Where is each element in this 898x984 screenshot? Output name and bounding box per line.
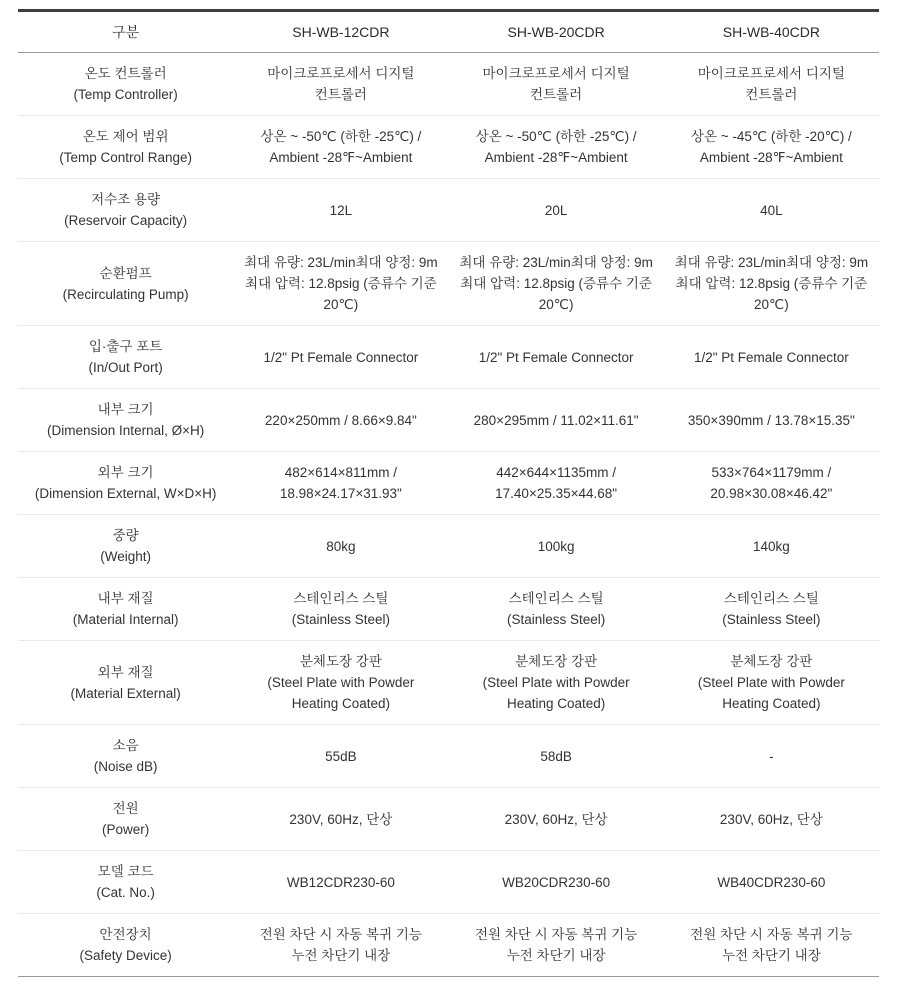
spec-value: 55dB [233,725,448,788]
row-label-english: (Recirculating Pump) [24,284,227,305]
spec-value: 상온 ~ -45℃ (하한 -20℃) / Ambient -28℉~Ambie… [664,116,879,179]
row-label-english: (Material Internal) [24,609,227,630]
spec-value: 전원 차단 시 자동 복귀 기능 누전 차단기 내장 [664,914,879,977]
spec-value: 상온 ~ -50℃ (하한 -25℃) / Ambient -28℉~Ambie… [233,116,448,179]
row-label: 외부 크기(Dimension External, W×D×H) [18,452,233,515]
table-row-cat-no: 모델 코드(Cat. No.)WB12CDR230-60WB20CDR230-6… [18,851,879,914]
row-label-english: (Cat. No.) [24,882,227,903]
spec-value: 분체도장 강판 (Steel Plate with Powder Heating… [664,641,879,725]
row-label-korean: 순환펌프 [24,263,227,284]
spec-value: 20L [449,179,664,242]
row-label: 소음(Noise dB) [18,725,233,788]
spec-value: 58dB [449,725,664,788]
row-label: 순환펌프(Recirculating Pump) [18,242,233,326]
row-label-english: (Dimension External, W×D×H) [24,483,227,504]
row-label-english: (In/Out Port) [24,357,227,378]
table-row-temp-control-range: 온도 제어 범위(Temp Control Range)상온 ~ -50℃ (하… [18,116,879,179]
row-label-english: (Weight) [24,546,227,567]
spec-value: 140kg [664,515,879,578]
spec-value: 최대 유량: 23L/min최대 양정: 9m 최대 압력: 12.8psig … [233,242,448,326]
row-label-korean: 전원 [24,798,227,819]
spec-table: 구분SH-WB-12CDRSH-WB-20CDRSH-WB-40CDR 온도 컨… [18,9,879,977]
spec-value: - [664,725,879,788]
spec-value: 1/2" Pt Female Connector [233,326,448,389]
row-label-korean: 안전장치 [24,924,227,945]
spec-table-body: 온도 컨트롤러(Temp Controller)마이크로프로세서 디지털 컨트롤… [18,53,879,977]
row-label: 전원(Power) [18,788,233,851]
row-label: 온도 제어 범위(Temp Control Range) [18,116,233,179]
row-label-english: (Noise dB) [24,756,227,777]
row-label: 입·출구 포트(In/Out Port) [18,326,233,389]
spec-value: 230V, 60Hz, 단상 [233,788,448,851]
row-label-korean: 입·출구 포트 [24,336,227,357]
table-header-row: 구분SH-WB-12CDRSH-WB-20CDRSH-WB-40CDR [18,11,879,53]
spec-value: 최대 유량: 23L/min최대 양정: 9m 최대 압력: 12.8psig … [664,242,879,326]
column-header-model: SH-WB-12CDR [233,11,448,53]
row-label-korean: 온도 제어 범위 [24,126,227,147]
row-label-korean: 외부 재질 [24,662,227,683]
spec-value: 마이크로프로세서 디지털 컨트롤러 [664,53,879,116]
table-row-dimension-external: 외부 크기(Dimension External, W×D×H)482×614×… [18,452,879,515]
table-row-noise: 소음(Noise dB)55dB58dB- [18,725,879,788]
row-label: 안전장치(Safety Device) [18,914,233,977]
spec-value: 350×390mm / 13.78×15.35" [664,389,879,452]
spec-value: 1/2" Pt Female Connector [664,326,879,389]
spec-value: WB20CDR230-60 [449,851,664,914]
spec-value: 80kg [233,515,448,578]
row-label: 온도 컨트롤러(Temp Controller) [18,53,233,116]
row-label-korean: 모델 코드 [24,861,227,882]
row-label-english: (Temp Controller) [24,84,227,105]
spec-value: 스테인리스 스틸 (Stainless Steel) [233,578,448,641]
table-row-power: 전원(Power)230V, 60Hz, 단상230V, 60Hz, 단상230… [18,788,879,851]
spec-value: 442×644×1135mm / 17.40×25.35×44.68" [449,452,664,515]
table-row-safety-device: 안전장치(Safety Device)전원 차단 시 자동 복귀 기능 누전 차… [18,914,879,977]
spec-value: 분체도장 강판 (Steel Plate with Powder Heating… [449,641,664,725]
spec-value: 분체도장 강판 (Steel Plate with Powder Heating… [233,641,448,725]
table-row-weight: 중량(Weight)80kg100kg140kg [18,515,879,578]
row-label-english: (Safety Device) [24,945,227,966]
row-label-english: (Temp Control Range) [24,147,227,168]
row-label-korean: 온도 컨트롤러 [24,63,227,84]
spec-value: 스테인리스 스틸 (Stainless Steel) [449,578,664,641]
row-label-korean: 중량 [24,525,227,546]
column-header-model: SH-WB-40CDR [664,11,879,53]
row-label: 저수조 용량(Reservoir Capacity) [18,179,233,242]
spec-value: 12L [233,179,448,242]
table-row-material-external: 외부 재질(Material External)분체도장 강판 (Steel P… [18,641,879,725]
table-row-temp-controller: 온도 컨트롤러(Temp Controller)마이크로프로세서 디지털 컨트롤… [18,53,879,116]
spec-value: WB40CDR230-60 [664,851,879,914]
column-header-model: SH-WB-20CDR [449,11,664,53]
row-label-korean: 소음 [24,735,227,756]
spec-value: 상온 ~ -50℃ (하한 -25℃) / Ambient -28℉~Ambie… [449,116,664,179]
spec-value: 230V, 60Hz, 단상 [449,788,664,851]
spec-value: 1/2" Pt Female Connector [449,326,664,389]
table-row-material-internal: 내부 재질(Material Internal)스테인리스 스틸 (Stainl… [18,578,879,641]
spec-value: WB12CDR230-60 [233,851,448,914]
spec-value: 마이크로프로세서 디지털 컨트롤러 [449,53,664,116]
spec-value: 482×614×811mm / 18.98×24.17×31.93" [233,452,448,515]
row-label: 중량(Weight) [18,515,233,578]
row-label: 외부 재질(Material External) [18,641,233,725]
spec-value: 전원 차단 시 자동 복귀 기능 누전 차단기 내장 [233,914,448,977]
row-label-english: (Dimension Internal, Ø×H) [24,420,227,441]
spec-value: 스테인리스 스틸 (Stainless Steel) [664,578,879,641]
column-header-category: 구분 [18,11,233,53]
row-label: 내부 크기(Dimension Internal, Ø×H) [18,389,233,452]
row-label-english: (Material External) [24,683,227,704]
row-label-korean: 저수조 용량 [24,189,227,210]
spec-value: 533×764×1179mm / 20.98×30.08×46.42" [664,452,879,515]
row-label-korean: 외부 크기 [24,462,227,483]
table-row-dimension-internal: 내부 크기(Dimension Internal, Ø×H)220×250mm … [18,389,879,452]
row-label-korean: 내부 크기 [24,399,227,420]
row-label-english: (Power) [24,819,227,840]
spec-value: 230V, 60Hz, 단상 [664,788,879,851]
spec-value: 280×295mm / 11.02×11.61" [449,389,664,452]
spec-value: 220×250mm / 8.66×9.84" [233,389,448,452]
spec-value: 40L [664,179,879,242]
table-row-in-out-port: 입·출구 포트(In/Out Port)1/2" Pt Female Conne… [18,326,879,389]
row-label: 모델 코드(Cat. No.) [18,851,233,914]
spec-value: 최대 유량: 23L/min최대 양정: 9m 최대 압력: 12.8psig … [449,242,664,326]
spec-value: 마이크로프로세서 디지털 컨트롤러 [233,53,448,116]
table-row-reservoir-capacity: 저수조 용량(Reservoir Capacity)12L20L40L [18,179,879,242]
row-label-english: (Reservoir Capacity) [24,210,227,231]
spec-value: 전원 차단 시 자동 복귀 기능 누전 차단기 내장 [449,914,664,977]
spec-value: 100kg [449,515,664,578]
row-label-korean: 내부 재질 [24,588,227,609]
row-label: 내부 재질(Material Internal) [18,578,233,641]
table-row-recirculating-pump: 순환펌프(Recirculating Pump)최대 유량: 23L/min최대… [18,242,879,326]
